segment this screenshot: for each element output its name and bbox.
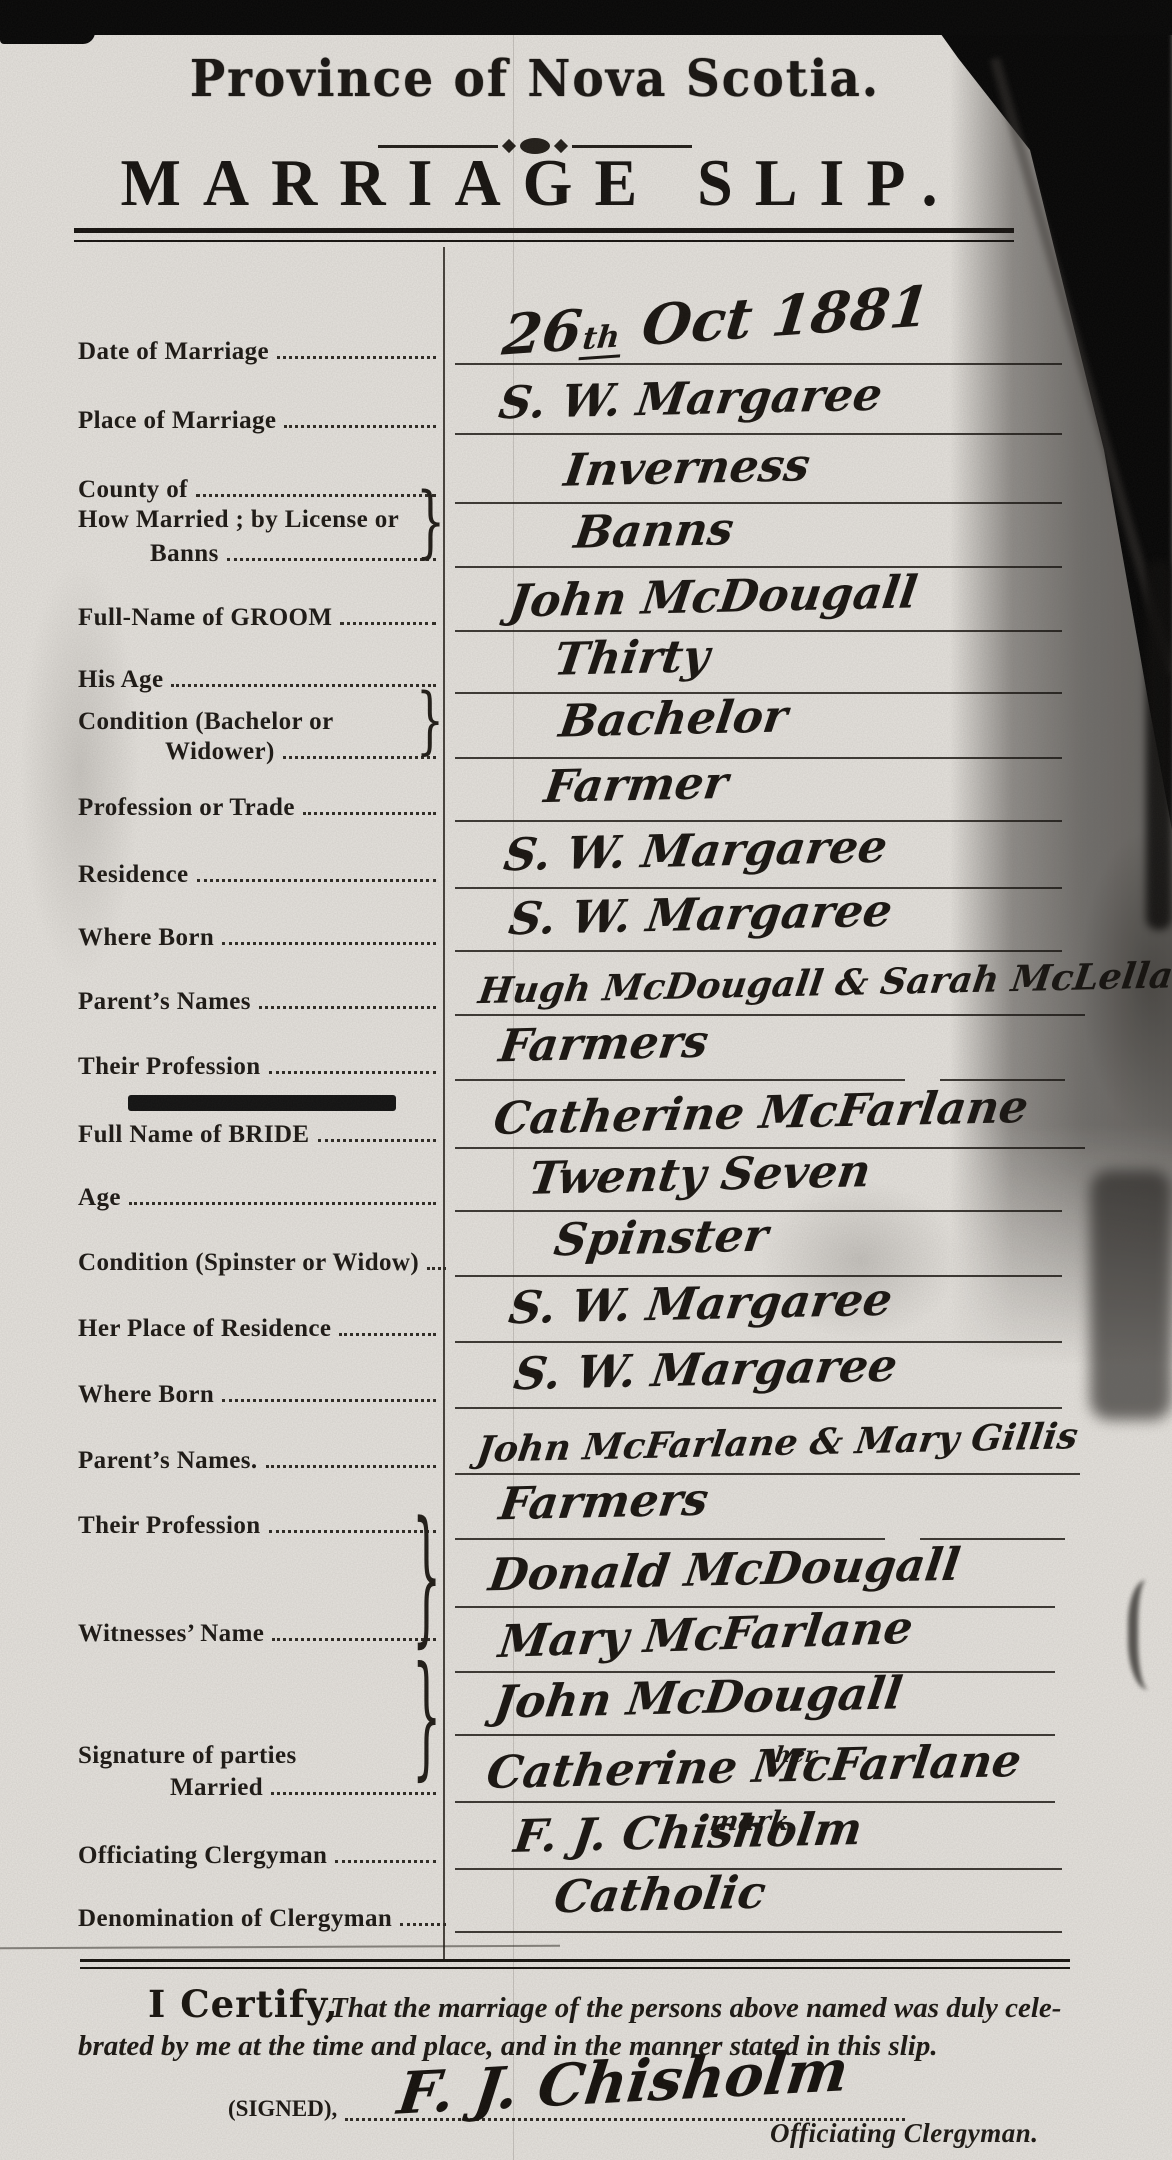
leader-dots (339, 1333, 436, 1336)
value-place-of-marriage: S. W. Margaree (496, 368, 886, 430)
label-text: Her Place of Residence (78, 1315, 331, 1343)
label-text: Where Born (78, 1381, 214, 1409)
leader-dots (284, 425, 436, 428)
signed-label: (SIGNED), (228, 2096, 337, 2122)
leader-dots (427, 1267, 446, 1270)
leader-dots (227, 558, 436, 561)
label-county: County of (78, 476, 440, 504)
leader-dots (277, 356, 436, 359)
leader-dots (171, 684, 436, 687)
label-bride-parents-profession: Their Profession (78, 1512, 440, 1540)
province-title: Province of Nova Scotia. (60, 50, 1010, 109)
label-brace: } (416, 686, 444, 759)
label-signature-parties-line2: Married (170, 1774, 440, 1802)
paper-stain (20, 560, 140, 980)
value-underline (455, 1931, 1062, 1933)
label-text: Their Profession (78, 1053, 261, 1081)
label-text: County of (78, 476, 188, 504)
label-text: Parent’s Names. (78, 1447, 258, 1475)
label-text: Banns (150, 540, 219, 568)
value-groom-residence: S. W. Margaree (501, 820, 891, 882)
signature-role: Officiating Clergyman. (770, 2118, 1039, 2149)
label-text: Full Name of BRIDE (78, 1121, 310, 1149)
label-groom-parents: Parent’s Names (78, 988, 440, 1016)
label-witnesses: Witnesses’ Name (78, 1620, 440, 1648)
value-his-age: Thirty (551, 629, 713, 685)
leader-dots (400, 1923, 446, 1926)
leader-dots (318, 1139, 436, 1142)
leader-dots (222, 1399, 436, 1402)
certify-lead: I Certify, (148, 1982, 339, 2026)
document-title: MARRIAGE SLIP. (50, 144, 1030, 222)
label-bride-age: Age (78, 1184, 440, 1212)
label-signature-parties: Signature of parties (78, 1742, 440, 1770)
value-witness-1: Donald McDougall (486, 1538, 964, 1602)
label-text: Their Profession (78, 1512, 261, 1540)
title-rule-thick (74, 228, 1014, 233)
value-underline (455, 1473, 1080, 1475)
value-how-married: Banns (571, 502, 737, 559)
footer-rule-1 (80, 1959, 1070, 1962)
leader-dots (259, 1006, 436, 1009)
value-ordinal: th (578, 318, 623, 360)
label-bride-residence: Her Place of Residence (78, 1315, 440, 1343)
value-groom-where-born: S. W. Margaree (506, 884, 896, 946)
label-text: Widower) (165, 738, 275, 766)
leader-dots (197, 879, 436, 882)
label-bride-condition: Condition (Spinster or Widow) (78, 1249, 450, 1277)
redaction-bar (128, 1095, 396, 1111)
value-bride-where-born: S. W. Margaree (511, 1339, 901, 1401)
label-text: Condition (Spinster or Widow) (78, 1249, 419, 1277)
leader-dots (335, 1860, 436, 1863)
scan-dark-streak (1090, 1170, 1172, 1420)
label-date-of-marriage: Date of Marriage (78, 338, 440, 366)
leader-dots (129, 1202, 436, 1205)
value-groom-parents-profession: Farmers (496, 1015, 712, 1073)
footer-rule-2 (80, 1967, 1070, 1969)
value-officiating-clergyman: F. J. Chisholm (511, 1802, 866, 1863)
label-text: Officiating Clergyman (78, 1842, 327, 1870)
value-bride-condition: Spinster (551, 1209, 771, 1267)
label-text: Parent’s Names (78, 988, 251, 1016)
label-text: Denomination of Clergyman (78, 1905, 392, 1933)
note-her: her (773, 1742, 818, 1768)
value-denomination: Catholic (551, 1866, 769, 1924)
certify-line-1: That the marriage of the persons above n… (330, 1992, 1061, 2025)
label-text: Signature of parties (78, 1742, 297, 1770)
label-text: Married (170, 1774, 263, 1802)
label-brace: } (412, 1501, 441, 1648)
scan-top-edge (0, 0, 1172, 35)
value-underline (455, 1801, 1055, 1803)
leader-dots (266, 1465, 436, 1468)
label-how-married: How Married ; by License or (78, 506, 440, 534)
label-bride-parents: Parent’s Names. (78, 1447, 440, 1475)
note-mark: mark (708, 1806, 791, 1837)
leader-dots (303, 812, 436, 815)
value-underline (455, 1538, 885, 1540)
label-text: Age (78, 1184, 121, 1212)
label-groom-condition-line2: Widower) (165, 738, 440, 766)
label-how-married-line2: Banns (150, 540, 440, 568)
value-underline (455, 1079, 905, 1081)
leader-dots (283, 756, 436, 759)
value-groom-profession: Farmer (541, 756, 731, 813)
label-place-of-marriage: Place of Marriage (78, 407, 440, 435)
value-signature-groom: John McDougall (491, 1666, 906, 1728)
value-groom-name: John McDougall (506, 565, 921, 627)
title-rule-thin (74, 240, 1014, 242)
label-bride-name: Full Name of BRIDE (78, 1121, 440, 1149)
value-bride-age: Twenty Seven (526, 1144, 874, 1205)
scan-dark-mark (1128, 1580, 1172, 1690)
label-brace: } (412, 1648, 441, 1781)
value-bride-parents-profession: Farmers (496, 1473, 712, 1531)
leader-dots (196, 494, 436, 497)
label-text: How Married ; by License or (78, 506, 399, 534)
value-county: Inverness (561, 438, 813, 497)
label-denomination: Denomination of Clergyman (78, 1905, 450, 1933)
label-brace: } (416, 482, 445, 560)
scanned-document-page: Province of Nova Scotia. MARRIAGE SLIP. … (0, 0, 1172, 2160)
label-bride-where-born: Where Born (78, 1381, 440, 1409)
film-scratch-vertical (513, 35, 514, 2160)
leader-dots (269, 1530, 436, 1533)
label-text: Place of Marriage (78, 407, 276, 435)
leader-dots (269, 1071, 436, 1074)
leader-dots (222, 942, 436, 945)
label-groom-parents-profession: Their Profession (78, 1053, 440, 1081)
label-text: Witnesses’ Name (78, 1620, 264, 1648)
scan-top-edge-blob (0, 28, 95, 44)
label-officiating-clergyman: Officiating Clergyman (78, 1842, 440, 1870)
label-text: Date of Marriage (78, 338, 269, 366)
leader-dots (340, 622, 436, 625)
scan-dark-streak (1146, 560, 1172, 930)
value-groom-condition: Bachelor (556, 689, 791, 747)
value-underline (455, 1407, 1062, 1409)
value-bride-residence: S. W. Margaree (506, 1273, 896, 1335)
